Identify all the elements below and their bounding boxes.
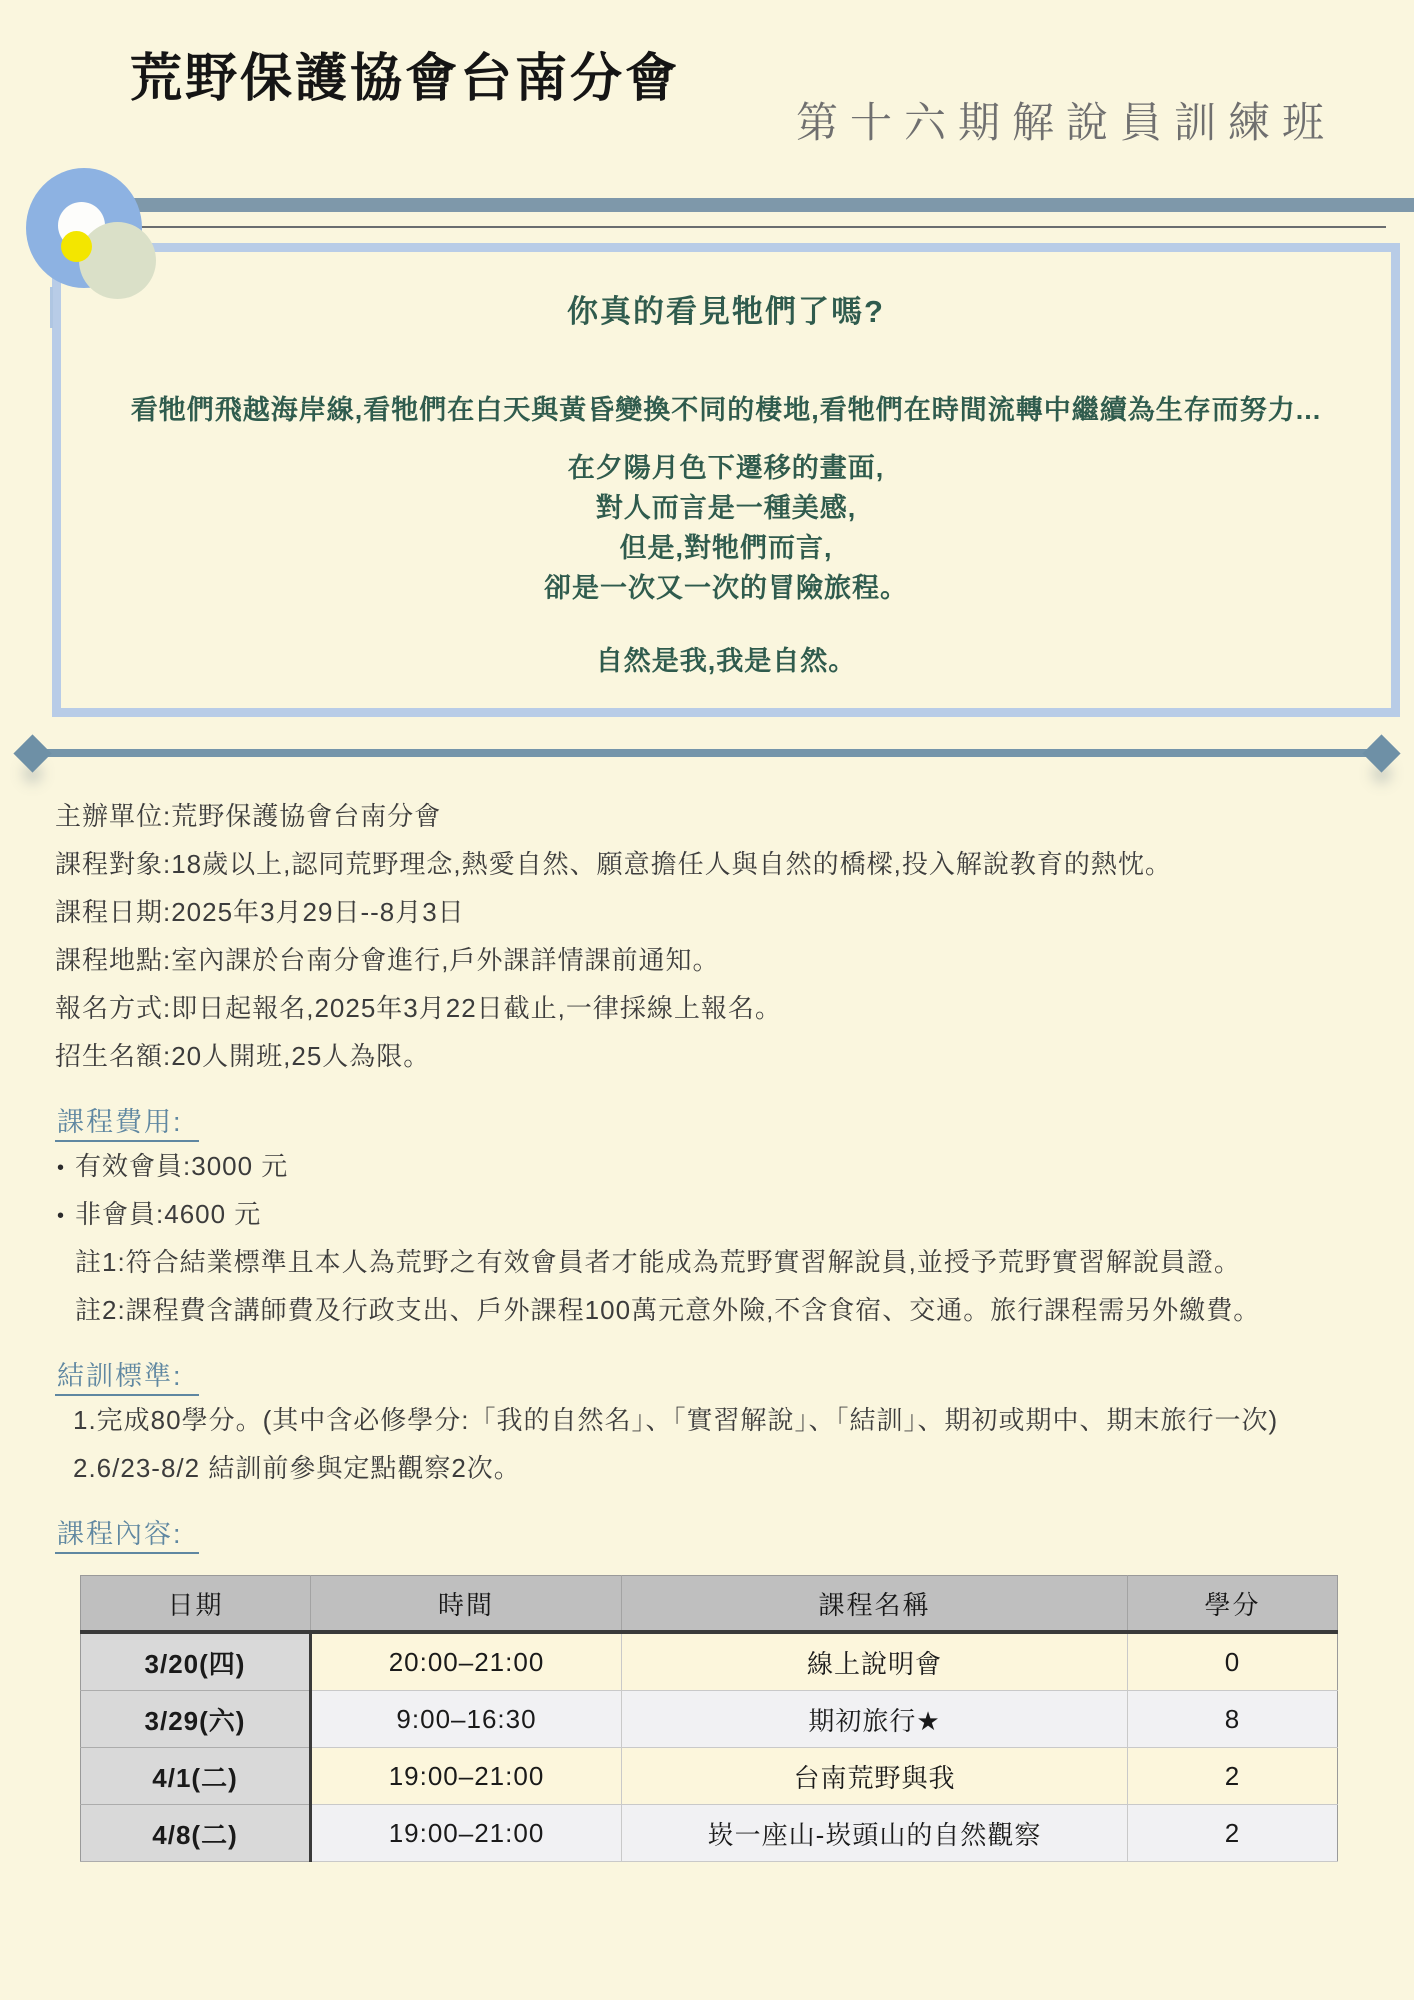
diamond-icon xyxy=(1362,734,1400,772)
course-session-title: 第十六期解說員訓練班 xyxy=(796,90,1336,150)
info-line-registration: 報名方式:即日起報名,2025年3月22日截止,一律採線上報名。 xyxy=(55,984,1360,1032)
cell-time: 20:00–21:00 xyxy=(311,1632,622,1691)
table-row: 3/20(四) 20:00–21:00 線上說明會 0 xyxy=(81,1632,1338,1691)
column-header-time: 時間 xyxy=(311,1576,622,1633)
table-header-row: 日期 時間 課程名稱 學分 xyxy=(81,1576,1338,1633)
info-line-quota: 招生名額:20人開班,25人為限。 xyxy=(55,1032,1360,1080)
stanza-line: 卻是一次又一次的冒險旅程。 xyxy=(61,568,1391,608)
table-row: 3/29(六) 9:00–16:30 期初旅行★ 8 xyxy=(81,1691,1338,1748)
section-divider xyxy=(30,749,1382,757)
cell-date: 4/1(二) xyxy=(81,1748,311,1805)
green-circle-decoration xyxy=(79,222,156,299)
header-thin-rule xyxy=(140,226,1386,228)
fee-item-member: •有效會員:3000 元 xyxy=(55,1142,1360,1190)
header-bar-decoration xyxy=(110,198,1414,212)
quote-stanza: 在夕陽月色下遷移的畫面, 對人而言是一種美感, 但是,對牠們而言, 卻是一次又一… xyxy=(61,448,1391,608)
fee-note-2: 註2:課程費含講師費及行政支出、戶外課程100萬元意外險,不含食宿、交通。旅行課… xyxy=(55,1286,1360,1334)
fees-heading: 課程費用: xyxy=(55,1106,199,1142)
stanza-line: 在夕陽月色下遷移的畫面, xyxy=(61,448,1391,488)
cell-credits: 2 xyxy=(1128,1805,1338,1862)
content-heading: 課程內容: xyxy=(55,1518,199,1554)
quote-closing: 自然是我,我是自然。 xyxy=(61,646,1391,676)
paint-drip-decoration xyxy=(50,287,53,328)
table-row: 4/1(二) 19:00–21:00 台南荒野與我 2 xyxy=(81,1748,1338,1805)
quote-title: 你真的看見牠們了嗎? xyxy=(61,294,1391,330)
yellow-circle-decoration xyxy=(61,231,92,262)
organization-title: 荒野保護協會台南分會 xyxy=(130,36,680,111)
cell-date: 4/8(二) xyxy=(81,1805,311,1862)
cell-name: 線上說明會 xyxy=(622,1632,1128,1691)
column-header-name: 課程名稱 xyxy=(622,1576,1128,1633)
cell-credits: 0 xyxy=(1128,1632,1338,1691)
table-row: 4/8(二) 19:00–21:00 崁一座山-崁頭山的自然觀察 2 xyxy=(81,1805,1338,1862)
info-line-location: 課程地點:室內課於台南分會進行,戶外課詳情課前通知。 xyxy=(55,936,1360,984)
info-line-organizer: 主辦單位:荒野保護協會台南分會 xyxy=(55,792,1360,840)
bullet-icon: • xyxy=(57,1192,65,1240)
standards-line-2: 2.6/23-8/2 結訓前參與定點觀察2次。 xyxy=(55,1444,1360,1492)
standards-line-1: 1.完成80學分。(其中含必修學分:「我的自然名」、「實習解說」、「結訓」、期初… xyxy=(55,1396,1360,1444)
stanza-line: 對人而言是一種美感, xyxy=(61,488,1391,528)
cell-name: 崁一座山-崁頭山的自然觀察 xyxy=(622,1805,1128,1862)
cell-time: 19:00–21:00 xyxy=(311,1805,622,1862)
info-line-audience: 課程對象:18歲以上,認同荒野理念,熱愛自然、願意擔任人與自然的橋樑,投入解說教… xyxy=(55,840,1360,888)
cell-date: 3/20(四) xyxy=(81,1632,311,1691)
cell-credits: 8 xyxy=(1128,1691,1338,1748)
course-schedule-table: 日期 時間 課程名稱 學分 3/20(四) 20:00–21:00 線上說明會 … xyxy=(80,1575,1338,1862)
main-content: 主辦單位:荒野保護協會台南分會 課程對象:18歲以上,認同荒野理念,熱愛自然、願… xyxy=(55,792,1360,1862)
quote-intro: 看牠們飛越海岸線,看牠們在白天與黃昏變換不同的棲地,看牠們在時間流轉中繼續為生存… xyxy=(61,394,1391,426)
column-header-credits: 學分 xyxy=(1128,1576,1338,1633)
cell-name: 期初旅行★ xyxy=(622,1691,1128,1748)
fee-item-nonmember: •非會員:4600 元 xyxy=(55,1190,1360,1238)
bullet-icon: • xyxy=(57,1144,65,1192)
cell-credits: 2 xyxy=(1128,1748,1338,1805)
cell-date: 3/29(六) xyxy=(81,1691,311,1748)
fee-item-label: 有效會員:3000 元 xyxy=(75,1151,288,1181)
cell-name: 台南荒野與我 xyxy=(622,1748,1128,1805)
fee-note-1: 註1:符合結業標準且本人為荒野之有效會員者才能成為荒野實習解說員,並授予荒野實習… xyxy=(55,1238,1360,1286)
info-line-dates: 課程日期:2025年3月29日--8月3日 xyxy=(55,888,1360,936)
column-header-date: 日期 xyxy=(81,1576,311,1633)
quote-box: 你真的看見牠們了嗎? 看牠們飛越海岸線,看牠們在白天與黃昏變換不同的棲地,看牠們… xyxy=(61,252,1391,676)
cell-time: 9:00–16:30 xyxy=(311,1691,622,1748)
standards-heading: 結訓標準: xyxy=(55,1360,199,1396)
stanza-line: 但是,對牠們而言, xyxy=(61,528,1391,568)
diamond-icon xyxy=(13,734,51,772)
fee-item-label: 非會員:4600 元 xyxy=(75,1199,261,1229)
cell-time: 19:00–21:00 xyxy=(311,1748,622,1805)
